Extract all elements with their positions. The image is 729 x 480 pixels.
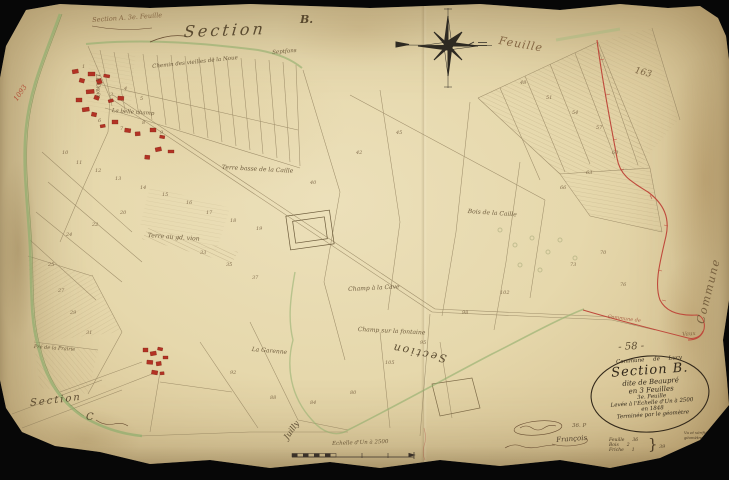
parcel-number: 5	[140, 96, 143, 102]
label-la-prairie: Pré de la Prairie	[34, 344, 76, 353]
label-scale-caption: Echelle d'Un à 2500	[332, 439, 389, 447]
area-summary-table: Feuille36Bois2Friche1	[609, 438, 638, 453]
parcel-number: 1	[82, 64, 85, 70]
parcel-number: 12	[95, 168, 101, 174]
parcel-number: 31	[86, 330, 92, 336]
label-road-top: Chemin des vieilles de la Noue	[152, 55, 238, 70]
label-section-c-letter: C	[86, 412, 94, 423]
parcel-number: 17	[206, 210, 212, 216]
parcel-number: 54	[572, 110, 578, 116]
label-signature: François	[556, 434, 587, 444]
parcel-number: 22	[92, 222, 98, 228]
parcel-number: 19	[256, 226, 262, 232]
parcel-number: 70	[600, 250, 606, 256]
parcel-number: 15	[162, 192, 168, 198]
parcel-number: 35	[226, 262, 232, 268]
label-commune-de: Commune de	[607, 314, 641, 324]
label-terre-basse-caille: Terre basse de la Caille	[222, 164, 294, 175]
parchment-sheet: Section A. 3e. Feuille Section B. Feuill…	[0, 0, 729, 480]
parcel-number: 18	[230, 218, 236, 224]
parcel-number: 8	[142, 120, 145, 126]
parcel-number: 6	[98, 118, 101, 124]
area-summary-row: Friche1	[609, 448, 638, 453]
parcel-number: 88	[270, 395, 276, 401]
parcel-number: 102	[500, 290, 510, 296]
parcel-number: 2	[96, 86, 99, 92]
parcel-number: 14	[140, 185, 146, 191]
parcel-number: 84	[310, 400, 316, 406]
parcel-number: 9	[160, 130, 163, 136]
label-la-belle-champ: La belle champ	[112, 108, 155, 117]
label-la-garenne: La Garenne	[251, 346, 287, 356]
label-letter-b: B.	[300, 13, 313, 26]
parcel-number: 76	[620, 282, 626, 288]
label-septfons: Septfons	[272, 48, 297, 56]
parcel-number: 105	[385, 360, 395, 366]
handwritten-labels: Section A. 3e. Feuille Section B. Feuill…	[0, 0, 729, 480]
parcel-number: 66	[560, 185, 566, 191]
parcel-number: 57	[596, 125, 602, 131]
label-commune-vertical: Commune	[694, 257, 723, 325]
parcel-number: 40	[310, 180, 316, 186]
verification-note: Vu et vérifié par le géomètre en chef	[684, 431, 728, 441]
parcel-number: 3	[110, 92, 113, 98]
scanned-cadastral-map: Section A. 3e. Feuille Section B. Feuill…	[0, 0, 729, 480]
label-bois-caille: Bois de la Caille	[468, 208, 517, 218]
parcel-number: 25	[48, 262, 54, 268]
parcel-number: 63	[586, 170, 592, 176]
parcel-number: 51	[546, 95, 552, 101]
label-section-a-note: Section A. 3e. Feuille	[92, 11, 162, 24]
parcel-number: 24	[66, 232, 72, 238]
label-section-top: Section	[183, 19, 267, 41]
parcel-number: 13	[115, 176, 121, 182]
parcel-number: 16	[186, 200, 192, 206]
parcel-number: 98	[462, 310, 468, 316]
parcel-number: 80	[350, 390, 356, 396]
table-total: 39	[659, 444, 665, 450]
table-brace: }	[648, 435, 658, 453]
label-flourish-number: 163	[634, 66, 653, 80]
parcel-number: 42	[356, 150, 362, 156]
parcel-number: 20	[120, 210, 126, 216]
label-champ-fontaine: Champ sur la fontaine	[358, 326, 426, 337]
parcel-number: 95	[420, 340, 426, 346]
label-section-c-word: Section	[30, 392, 82, 409]
label-sheet-number: - 58 -	[618, 341, 644, 353]
parcel-number: 48	[520, 80, 526, 86]
label-vaux: Vaux	[682, 331, 696, 338]
parcel-number: 73	[570, 262, 576, 268]
parcel-number: 92	[230, 370, 236, 376]
label-road-bottom: Juilly	[282, 419, 301, 441]
parcel-number: 29	[70, 310, 76, 316]
parcel-number: 60	[612, 150, 618, 156]
label-terre-vion: Terre au gd. vion	[148, 232, 200, 243]
parcel-number: 37	[252, 275, 258, 281]
parcel-number: 10	[62, 150, 68, 156]
label-note-36p: 36. P	[572, 423, 586, 429]
parcel-number: 11	[76, 160, 82, 166]
parcel-number: 4	[124, 86, 127, 92]
label-champ-cave: Champ à la Cave	[348, 283, 400, 293]
parcel-number: 7	[120, 126, 123, 132]
label-feuille-top-right: Feuille	[498, 34, 544, 55]
title-cartouche: Commune de Lucy Section B. dite de Beaup…	[590, 353, 712, 422]
label-red-margin-note: 1093	[12, 83, 29, 102]
parcel-number: 45	[396, 130, 402, 136]
parcel-number: 33	[200, 250, 206, 256]
parcel-number: 27	[58, 288, 64, 294]
